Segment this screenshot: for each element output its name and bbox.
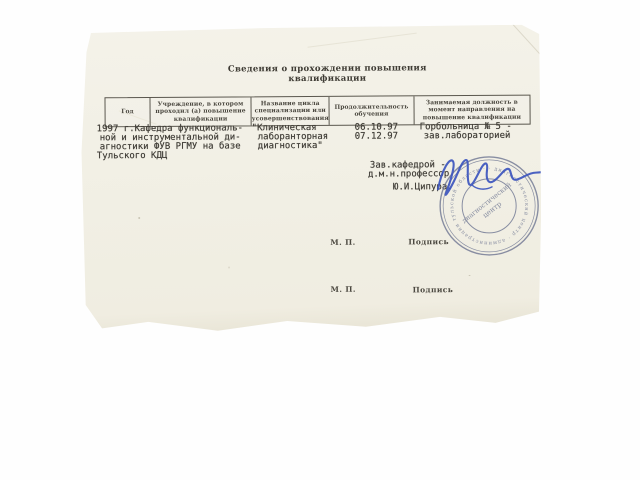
fold-crease: [507, 18, 550, 64]
document-paper: Сведения о прохождении повышения квалифи…: [77, 25, 542, 340]
paper-speck: [138, 217, 140, 219]
handwritten-signature: [416, 150, 562, 209]
page-title: Сведения о прохождении повышения квалифи…: [207, 63, 447, 84]
scratch-mark: [308, 33, 417, 48]
table-header-course: Название цикла специализации или усоверш…: [252, 97, 330, 125]
table-header-duration: Продолжительность обучения: [330, 96, 415, 125]
table-header-position: Занимаемая должность в момент направлени…: [414, 96, 529, 125]
row-course-line: диагностика": [258, 141, 323, 151]
mp-label-2: М. П.: [331, 285, 356, 294]
row-institution-line: Тульского КДЦ: [97, 151, 168, 161]
row-position-line: зав.лабораторией: [424, 131, 511, 142]
row-duration-end-date: 07.12.97: [355, 131, 398, 141]
signature-label-1: Подпись: [408, 237, 449, 246]
mp-label-1: М. П.: [330, 238, 355, 247]
paper-speck: [469, 275, 471, 276]
paper-speck: [229, 266, 230, 268]
table-header-year: Год: [105, 98, 150, 126]
signature-label-2: Подпись: [413, 285, 454, 294]
scanned-document-page: { "document": { "title": "Сведения о про…: [0, 0, 640, 480]
table-header-institution: Учреждение, в котором проходил (а) повыш…: [150, 97, 252, 126]
